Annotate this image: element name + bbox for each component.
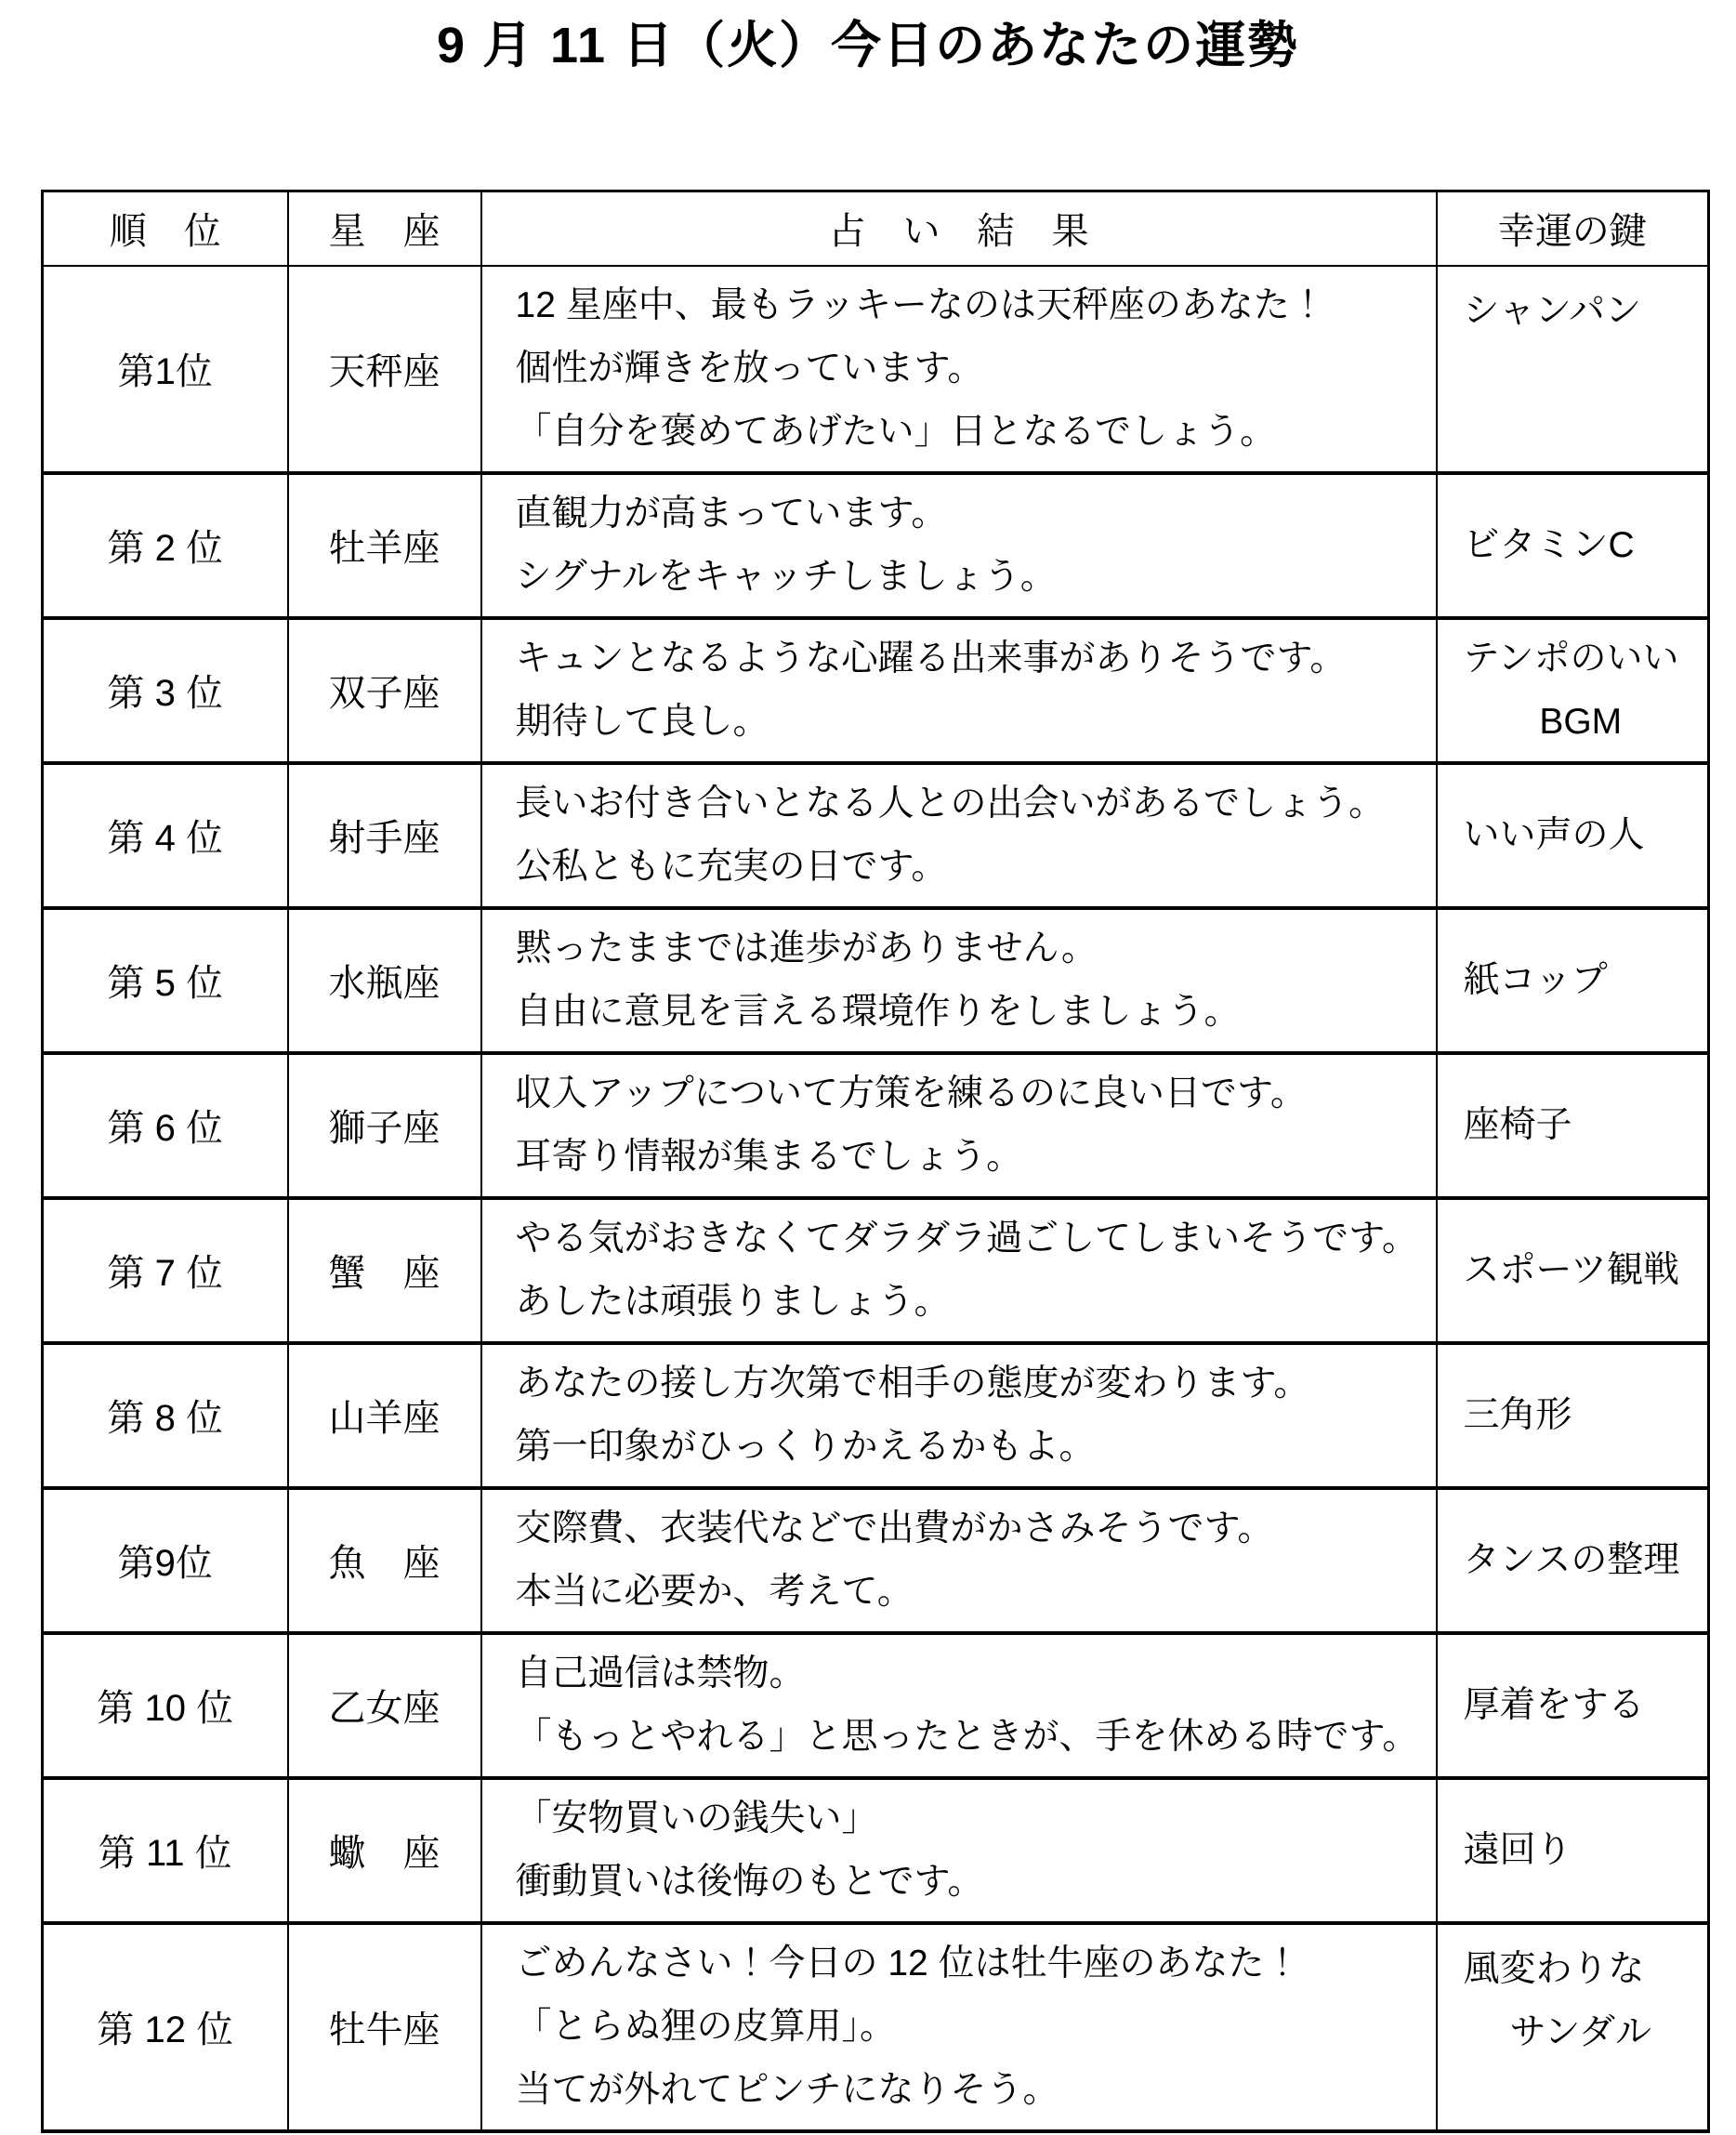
- sign-cell: 水瓶座: [288, 908, 481, 1053]
- key-line: スポーツ観戦: [1464, 1239, 1699, 1302]
- page-title: 9 月 11 日（火）今日のあなたの運勢: [0, 0, 1736, 76]
- table-row: 第 8 位 山羊座 あなたの接し方次第で相手の態度が変わります。 第一印象がひっ…: [43, 1343, 1709, 1488]
- fortune-cell: 黙ったままでは進歩がありません。 自由に意見を言える環境作りをしましょう。: [481, 908, 1437, 1053]
- table-row: 第 4 位 射手座 長いお付き合いとなる人との出会いがあるでしょう。 公私ともに…: [43, 763, 1709, 908]
- fortune-line: キュンとなるような心躍る出来事がありそうです。: [516, 627, 1419, 691]
- fortune-line: 交際費、衣装代などで出費がかさみそうです。: [516, 1497, 1419, 1561]
- sign-cell: 獅子座: [288, 1053, 481, 1198]
- fortune-cell: 直観力が高まっています。 シグナルをキャッチしましょう。: [481, 473, 1437, 618]
- table-header-row: 順 位 星 座 占 い 結 果 幸運の鍵: [43, 191, 1709, 266]
- fortune-line: 「安物買いの銭失い」: [516, 1787, 1419, 1851]
- key-cell: ビタミンC: [1437, 473, 1709, 618]
- document-page: 9 月 11 日（火）今日のあなたの運勢 順 位 星 座 占 い 結 果 幸運の…: [0, 0, 1736, 2135]
- fortune-line: ごめんなさい！今日の 12 位は牡牛座のあなた！: [516, 1932, 1419, 1996]
- header-rank: 順 位: [43, 191, 288, 266]
- header-sign: 星 座: [288, 191, 481, 266]
- fortune-line: 「もっとやれる」と思ったときが、手を休める時です。: [516, 1706, 1419, 1769]
- fortune-line: 12 星座中、最もラッキーなのは天秤座のあなた！: [516, 274, 1419, 337]
- fortune-cell: 長いお付き合いとなる人との出会いがあるでしょう。 公私ともに充実の日です。: [481, 763, 1437, 908]
- rank-cell: 第1位: [43, 266, 288, 473]
- fortune-cell: ごめんなさい！今日の 12 位は牡牛座のあなた！ 「とらぬ狸の皮算用」。 当てが…: [481, 1923, 1437, 2131]
- fortune-line: 第一印象がひっくりかえるかもよ。: [516, 1416, 1419, 1479]
- fortune-line: 自己過信は禁物。: [516, 1642, 1419, 1706]
- fortune-cell: やる気がおきなくてダラダラ過ごしてしまいそうです。 あしたは頑張りましょう。: [481, 1198, 1437, 1343]
- fortune-line: 「自分を褒めてあげたい」日となるでしょう。: [516, 401, 1419, 464]
- fortune-line: 当てが外れてピンチになりそう。: [516, 2059, 1419, 2122]
- rank-cell: 第 10 位: [43, 1633, 288, 1778]
- sign-cell: 双子座: [288, 618, 481, 763]
- key-cell: スポーツ観戦: [1437, 1198, 1709, 1343]
- rank-cell: 第 6 位: [43, 1053, 288, 1198]
- key-line: サンダル: [1464, 2001, 1699, 2064]
- key-cell: 三角形: [1437, 1343, 1709, 1488]
- sign-cell: 射手座: [288, 763, 481, 908]
- rank-cell: 第 2 位: [43, 473, 288, 618]
- key-cell: 風変わりな サンダル: [1437, 1923, 1709, 2131]
- rank-cell: 第 7 位: [43, 1198, 288, 1343]
- table-row: 第 6 位 獅子座 収入アップについて方策を練るのに良い日です。 耳寄り情報が集…: [43, 1053, 1709, 1198]
- sign-cell: 牡牛座: [288, 1923, 481, 2131]
- key-cell: 座椅子: [1437, 1053, 1709, 1198]
- sign-cell: 蟹 座: [288, 1198, 481, 1343]
- key-line: いい声の人: [1464, 804, 1699, 867]
- key-line: BGM: [1464, 691, 1699, 754]
- fortune-cell: キュンとなるような心躍る出来事がありそうです。 期待して良し。: [481, 618, 1437, 763]
- fortune-cell: 収入アップについて方策を練るのに良い日です。 耳寄り情報が集まるでしょう。: [481, 1053, 1437, 1198]
- sign-cell: 牡羊座: [288, 473, 481, 618]
- fortune-line: やる気がおきなくてダラダラ過ごしてしまいそうです。: [516, 1207, 1419, 1271]
- fortune-line: シグナルをキャッチしましょう。: [516, 546, 1419, 609]
- fortune-line: 耳寄り情報が集まるでしょう。: [516, 1126, 1419, 1189]
- key-line: 三角形: [1464, 1384, 1699, 1447]
- key-line: 遠回り: [1464, 1819, 1699, 1882]
- table-row: 第 11 位 蠍 座 「安物買いの銭失い」 衝動買いは後悔のもとです。 遠回り: [43, 1778, 1709, 1923]
- fortune-line: 黙ったままでは進歩がありません。: [516, 917, 1419, 981]
- key-line: 紙コップ: [1464, 949, 1699, 1012]
- horoscope-table: 順 位 星 座 占 い 結 果 幸運の鍵 第1位 天秤座 12 星座中、最もラッ…: [41, 190, 1710, 2133]
- key-line: 風変わりな: [1464, 1938, 1699, 2001]
- sign-cell: 乙女座: [288, 1633, 481, 1778]
- key-line: シャンパン: [1464, 280, 1699, 343]
- fortune-line: 衝動買いは後悔のもとです。: [516, 1851, 1419, 1914]
- key-cell: 厚着をする: [1437, 1633, 1709, 1778]
- rank-cell: 第 3 位: [43, 618, 288, 763]
- fortune-line: あなたの接し方次第で相手の態度が変わります。: [516, 1352, 1419, 1416]
- fortune-cell: あなたの接し方次第で相手の態度が変わります。 第一印象がひっくりかえるかもよ。: [481, 1343, 1437, 1488]
- table-row: 第9位 魚 座 交際費、衣装代などで出費がかさみそうです。 本当に必要か、考えて…: [43, 1488, 1709, 1633]
- fortune-line: 直観力が高まっています。: [516, 482, 1419, 546]
- fortune-cell: 交際費、衣装代などで出費がかさみそうです。 本当に必要か、考えて。: [481, 1488, 1437, 1633]
- rank-cell: 第 5 位: [43, 908, 288, 1053]
- rank-cell: 第 12 位: [43, 1923, 288, 2131]
- sign-cell: 蠍 座: [288, 1778, 481, 1923]
- key-cell: シャンパン: [1437, 266, 1709, 473]
- rank-cell: 第 4 位: [43, 763, 288, 908]
- fortune-line: 個性が輝きを放っています。: [516, 337, 1419, 401]
- rank-cell: 第 11 位: [43, 1778, 288, 1923]
- fortune-line: 収入アップについて方策を練るのに良い日です。: [516, 1062, 1419, 1126]
- fortune-line: 公私ともに充実の日です。: [516, 836, 1419, 899]
- table-row: 第 3 位 双子座 キュンとなるような心躍る出来事がありそうです。 期待して良し…: [43, 618, 1709, 763]
- sign-cell: 天秤座: [288, 266, 481, 473]
- rank-cell: 第9位: [43, 1488, 288, 1633]
- fortune-line: 長いお付き合いとなる人との出会いがあるでしょう。: [516, 772, 1419, 836]
- header-key: 幸運の鍵: [1437, 191, 1709, 266]
- key-cell: テンポのいい BGM: [1437, 618, 1709, 763]
- fortune-line: あしたは頑張りましょう。: [516, 1271, 1419, 1334]
- key-line: ビタミンC: [1464, 514, 1699, 577]
- header-fortune: 占 い 結 果: [481, 191, 1437, 266]
- table-row: 第 10 位 乙女座 自己過信は禁物。 「もっとやれる」と思ったときが、手を休め…: [43, 1633, 1709, 1778]
- key-line: タンスの整理: [1464, 1529, 1699, 1592]
- fortune-line: 期待して良し。: [516, 691, 1419, 754]
- fortune-line: 本当に必要か、考えて。: [516, 1561, 1419, 1624]
- sign-cell: 山羊座: [288, 1343, 481, 1488]
- fortune-cell: 12 星座中、最もラッキーなのは天秤座のあなた！ 個性が輝きを放っています。 「…: [481, 266, 1437, 473]
- table-row: 第 2 位 牡羊座 直観力が高まっています。 シグナルをキャッチしましょう。 ビ…: [43, 473, 1709, 618]
- table-row: 第1位 天秤座 12 星座中、最もラッキーなのは天秤座のあなた！ 個性が輝きを放…: [43, 266, 1709, 473]
- key-cell: タンスの整理: [1437, 1488, 1709, 1633]
- table-row: 第 5 位 水瓶座 黙ったままでは進歩がありません。 自由に意見を言える環境作り…: [43, 908, 1709, 1053]
- table-row: 第 7 位 蟹 座 やる気がおきなくてダラダラ過ごしてしまいそうです。 あしたは…: [43, 1198, 1709, 1343]
- rank-cell: 第 8 位: [43, 1343, 288, 1488]
- sign-cell: 魚 座: [288, 1488, 481, 1633]
- table-row: 第 12 位 牡牛座 ごめんなさい！今日の 12 位は牡牛座のあなた！ 「とらぬ…: [43, 1923, 1709, 2131]
- key-line: テンポのいい: [1464, 627, 1699, 691]
- fortune-line: 「とらぬ狸の皮算用」。: [516, 1996, 1419, 2059]
- fortune-cell: 「安物買いの銭失い」 衝動買いは後悔のもとです。: [481, 1778, 1437, 1923]
- fortune-line: 自由に意見を言える環境作りをしましょう。: [516, 981, 1419, 1044]
- key-line: 座椅子: [1464, 1094, 1699, 1157]
- fortune-cell: 自己過信は禁物。 「もっとやれる」と思ったときが、手を休める時です。: [481, 1633, 1437, 1778]
- key-cell: 紙コップ: [1437, 908, 1709, 1053]
- key-line: 厚着をする: [1464, 1674, 1699, 1737]
- key-cell: いい声の人: [1437, 763, 1709, 908]
- key-cell: 遠回り: [1437, 1778, 1709, 1923]
